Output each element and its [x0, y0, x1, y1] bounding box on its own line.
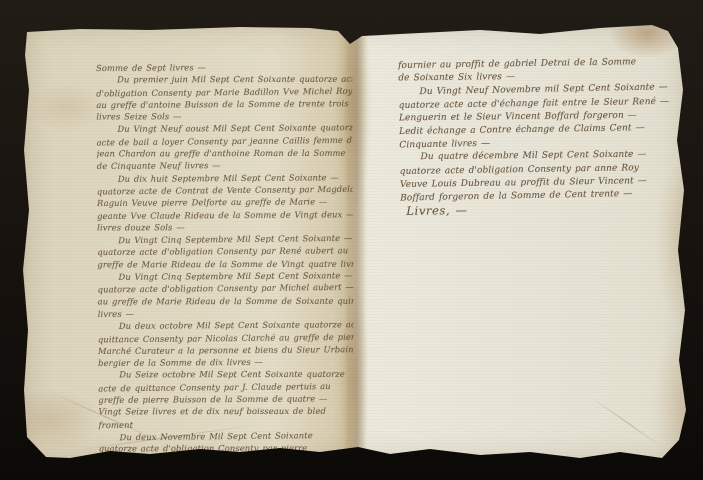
manuscript-line: quatorze acte d'obligation Consenty par … [99, 442, 355, 455]
photo-backdrop: Somme de Sept livres —Du premier juin Mi… [0, 0, 703, 480]
manuscript-line: geante Vve Claude Rideau de la Somme de … [97, 208, 353, 222]
right-page-text: fournier au proffit de gabriel Detrai de… [398, 56, 685, 230]
manuscript-line: Vingt Seize livres et de dix neuf boisse… [98, 405, 354, 418]
manuscript-line: acte de quittance Consenty par J. Claude… [98, 379, 354, 394]
manuscript-line: au greffe de Marie Rideau de la Somme de… [98, 294, 354, 307]
manuscript-line: quittance Consenty par Nicolas Clarché a… [98, 330, 354, 345]
manuscript-line: jean Chardon au greffe d'anthoine Roman … [97, 147, 353, 160]
manuscript-line: Raguin Veuve pierre Delforte au greffe d… [97, 195, 353, 209]
manuscript-line: livres Seize Sols — [96, 110, 352, 123]
paper-crease-line [590, 396, 664, 448]
manuscript-line: quatorze acte d'obligation Consenty par … [98, 281, 354, 296]
manuscript-line: greffe de Marie Rideau de la Somme de Vi… [97, 258, 353, 271]
manuscript-line: quatorze acte de Contrat de Vente Consen… [97, 183, 353, 198]
manuscript-spread: Somme de Sept livres —Du premier juin Mi… [22, 22, 688, 462]
manuscript-line: quatorze acte d'obligation Consenty par … [97, 245, 353, 259]
left-page-text: Somme de Sept livres —Du premier juin Mi… [96, 60, 355, 462]
manuscript-line: d'obligation Consenty par Marie Badillon… [96, 84, 352, 99]
manuscript-line: Du premier juin Mil Sept Cent Soixante q… [96, 73, 352, 86]
